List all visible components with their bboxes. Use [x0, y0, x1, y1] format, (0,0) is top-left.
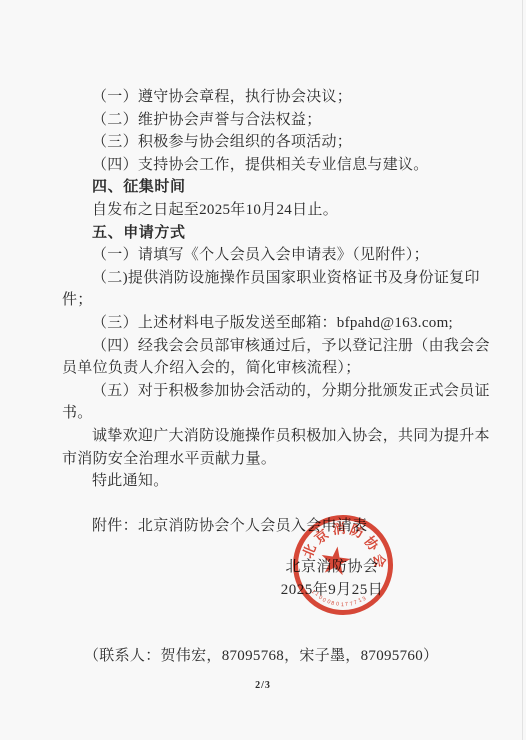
document-line: （四）支持协会工作，提供相关专业信息与建议。 [62, 154, 462, 177]
document-line: 员单位负责人介绍入会的，简化审核流程）； [62, 357, 462, 380]
document-line: 件； [62, 289, 462, 312]
document-line: 附件：北京消防协会个人会员入会申请表 [62, 515, 462, 538]
document-line: （一）请填写《个人会员入会申请表》（见附件）； [62, 244, 462, 267]
seal-number-digit: 0 [336, 602, 340, 608]
document-line: （二）维护协会声誉与合法权益； [62, 109, 462, 132]
document-line: （一）遵守协会章程，执行协会决议； [62, 86, 462, 109]
page-edge-divider [522, 0, 523, 740]
document-line: 书。 [62, 402, 462, 425]
document-line: （三）上述材料电子版发送至邮箱：bfpahd@163.com; [62, 312, 462, 335]
section-heading: 四、征集时间 [62, 176, 462, 199]
document-page: （一）遵守协会章程，执行协会决议；（二）维护协会声誉与合法权益；（三）积极参与协… [0, 0, 526, 740]
signature-organization: 北京消防协会 [262, 556, 402, 579]
page-number: 2/3 [0, 680, 526, 691]
seal-number-digit: 1 [341, 602, 344, 607]
signature-date: 2025年9月25日 [262, 579, 402, 602]
document-line: （二)提供消防设施操作员国家职业资格证书及身份证复印 [62, 267, 462, 290]
document-line: 特此通知。 [62, 470, 462, 493]
seal-number-digit: 7 [349, 601, 353, 607]
document-line: 诚挚欢迎广大消防设施操作员积极加入协会，共同为提升本 [62, 425, 462, 448]
document-line: （五）对于积极参加协会活动的，分期分批颁发正式会员证 [62, 380, 462, 403]
document-line: （四）经我会会员部审核通过后，予以登记注册（由我会会 [62, 335, 462, 358]
section-heading: 五、申请方式 [62, 222, 462, 245]
document-line: （三）积极参与协会组织的各项活动； [62, 131, 462, 154]
signature-block: 北京消防协会 2025年9月25日 [262, 556, 402, 602]
document-line: 市消防安全治理水平贡献力量。 [62, 448, 462, 471]
contact-line: （联系人：贺伟宏，87095768，宋子墨，87095760） [0, 644, 526, 665]
document-line: 自发布之日起至2025年10月24日止。 [62, 199, 462, 222]
seal-number-digit: 7 [345, 602, 348, 608]
document-body: （一）遵守协会章程，执行协会决议；（二）维护协会声誉与合法权益；（三）积极参与协… [62, 86, 462, 537]
